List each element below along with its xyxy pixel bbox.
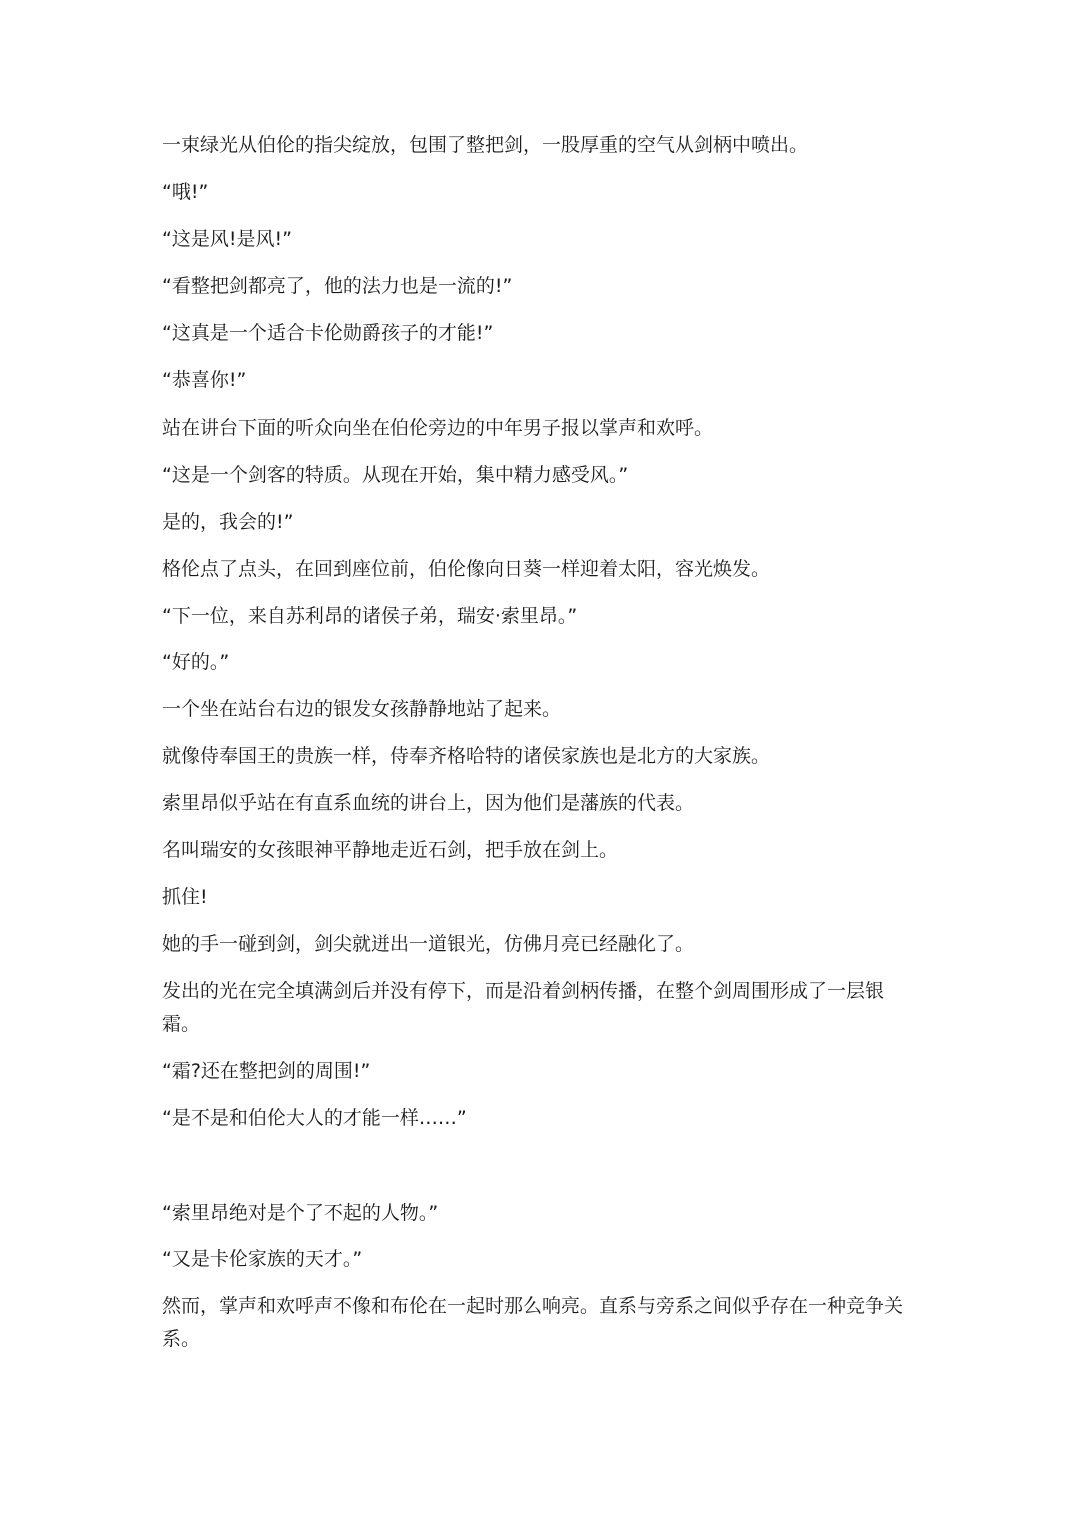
paragraph: 名叫瑞安的女孩眼神平静地走近石剑，把手放在剑上。 <box>162 834 914 867</box>
paragraph: “是不是和伯伦大人的才能一样……” <box>162 1102 914 1135</box>
paragraph: “看整把剑都亮了，他的法力也是一流的!” <box>162 270 914 303</box>
paragraph: 一个坐在站台右边的银发女孩静静地站了起来。 <box>162 693 914 726</box>
paragraph: “又是卡伦家族的天才。” <box>162 1243 914 1276</box>
paragraph: 格伦点了点头，在回到座位前，伯伦像向日葵一样迎着太阳，容光焕发。 <box>162 553 914 586</box>
paragraph: “这真是一个适合卡伦勋爵孩子的才能!” <box>162 317 914 350</box>
paragraph: “好的。” <box>162 646 914 679</box>
paragraph: 索里昂似乎站在有直系血统的讲台上，因为他们是藩族的代表。 <box>162 787 914 820</box>
paragraph: “下一位，来自苏利昂的诸侯子弟，瑞安·索里昂。” <box>162 600 914 633</box>
paragraph: 发出的光在完全填满剑后并没有停下，而是沿着剑柄传播，在整个剑周围形成了一层银霜。 <box>162 975 914 1041</box>
paragraph: “这是风!是风!” <box>162 223 914 256</box>
paragraph: 是的，我会的!” <box>162 506 914 539</box>
paragraph: 一束绿光从伯伦的指尖绽放，包围了整把剑，一股厚重的空气从剑柄中喷出。 <box>162 129 914 162</box>
paragraph: 就像侍奉国王的贵族一样，侍奉齐格哈特的诸侯家族也是北方的大家族。 <box>162 740 914 773</box>
paragraph: “这是一个剑客的特质。从现在开始，集中精力感受风。” <box>162 459 914 492</box>
paragraph: “索里昂绝对是个了不起的人物。” <box>162 1197 914 1230</box>
paragraph: 然而，掌声和欢呼声不像和布伦在一起时那么响亮。直系与旁系之间似乎存在一种竞争关系… <box>162 1290 914 1356</box>
paragraph: “哦!” <box>162 176 914 209</box>
paragraph: 她的手一碰到剑，剑尖就迸出一道银光，仿佛月亮已经融化了。 <box>162 928 914 961</box>
paragraph: 抓住! <box>162 881 914 914</box>
paragraph: “霜?还在整把剑的周围!” <box>162 1055 914 1088</box>
paragraph: 站在讲台下面的听众向坐在伯伦旁边的中年男子报以掌声和欢呼。 <box>162 412 914 445</box>
paragraph: “恭喜你!” <box>162 364 914 397</box>
